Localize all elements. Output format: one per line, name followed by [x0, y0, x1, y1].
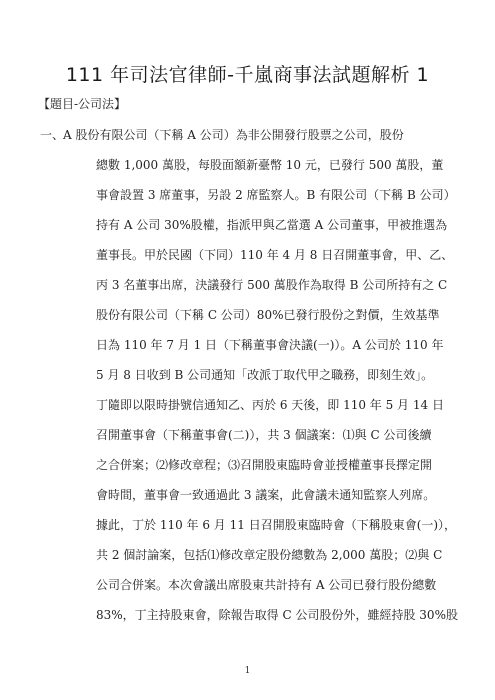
paragraph-line: 據此，丁於 110 年 6 月 11 日召開股東臨時會（下稱股東會(一)），: [96, 515, 456, 535]
paragraph-line: A 股份有限公司（下稱 A 公司）為非公開發行股票之公司，股份: [63, 125, 404, 145]
paragraph-line: 公司合併案。本次會議出席股東共計持有 A 公司已發行股份總數: [96, 575, 436, 595]
page-number: 1: [0, 666, 495, 676]
paragraph-line: 共 2 個討論案，包括⑴修改章定股份總數為 2,000 萬股；⑵與 C: [96, 545, 442, 565]
paragraph-line: 5 月 8 日收到 B 公司通知「改派丁取代甲之職務，即刻生效」。: [96, 365, 433, 385]
paragraph-line: 持有 A 公司 30%股權，指派甲與乙當選 A 公司董事，甲被推選為: [96, 215, 447, 235]
paragraph-line: 事會設置 3 席董事，另設 2 席監察人。B 有限公司（下稱 B 公司）: [96, 185, 456, 205]
document-page: 111 年司法官律師-千嵐商事法試題解析 1 【題目-公司法】 一、 A 股份有…: [0, 0, 495, 700]
paragraph-line: 會時間，董事會一致通過此 3 議案，此會議未通知監察人列席。: [96, 485, 435, 505]
paragraph-line: 丁隨即以限時掛號信通知乙、丙於 6 天後，即 110 年 5 月 14 日: [96, 395, 444, 415]
paragraph-line: 股份有限公司（下稱 C 公司）80%已發行股份之對價，生效基準: [96, 305, 440, 325]
paragraph-line: 丙 3 名董事出席，決議發行 500 萬股作為取得 B 公司所持有之 C: [96, 275, 447, 295]
paragraph-line: 之合併案；⑵修改章程；⑶召開股東臨時會並授權董事長擇定開: [96, 455, 432, 475]
question-number: 一、: [40, 125, 64, 145]
paragraph-line: 83%，丁主持股東會，除報告取得 C 公司股份外，雖經持股 30%股: [96, 605, 458, 625]
section-heading: 【題目-公司法】: [38, 95, 126, 112]
page-title: 111 年司法官律師-千嵐商事法試題解析 1: [0, 60, 495, 87]
paragraph-line: 董事長。甲於民國（下同）110 年 4 月 8 日召開董事會，甲、乙、: [96, 245, 453, 265]
paragraph-line: 總數 1,000 萬股，每股面額新臺幣 10 元，已發行 500 萬股，董: [96, 155, 443, 175]
paragraph-line: 日為 110 年 7 月 1 日（下稱董事會決議(一)）。A 公司於 110 年: [96, 335, 443, 355]
paragraph-line: 召開董事會（下稱董事會(二)），共 3 個議案：⑴與 C 公司後續: [96, 425, 431, 445]
